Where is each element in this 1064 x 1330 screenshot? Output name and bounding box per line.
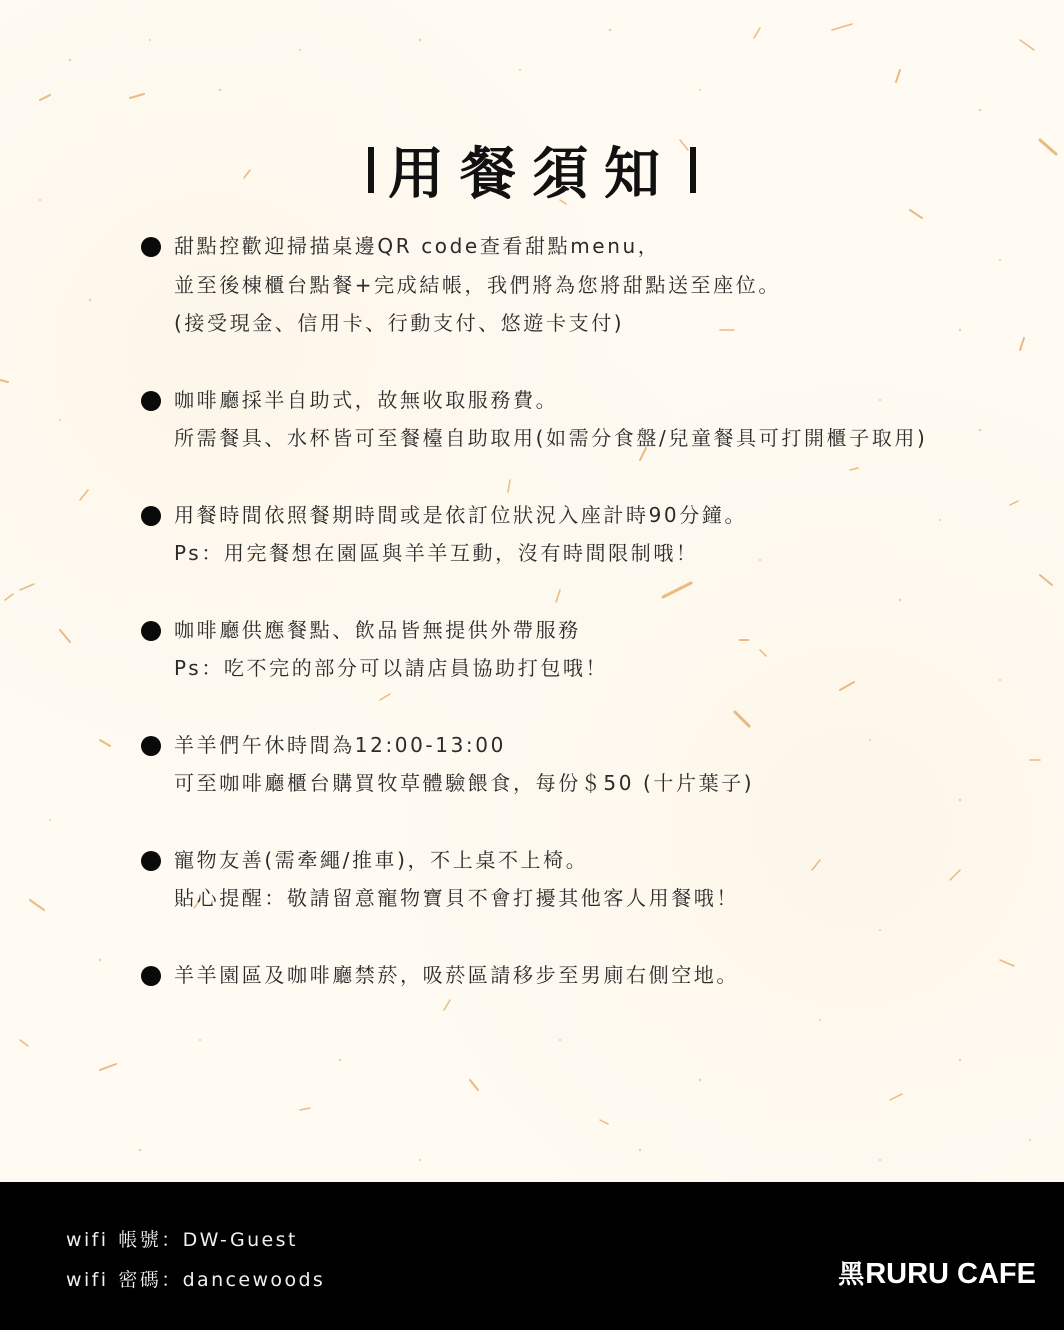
brand-logo-glyph: 黑 (838, 1260, 864, 1290)
bullet-icon (141, 621, 161, 641)
notice-item-pet-friendly: 寵物友善(需牽繩/推車)，不上桌不上椅。 貼心提醒：敬請留意寵物寶貝不會打擾其他… (140, 841, 1040, 918)
brand-name: RURU CAFE (865, 1258, 1036, 1290)
notice-line: 貼心提醒：敬請留意寵物寶貝不會打擾其他客人用餐哦！ (174, 879, 1040, 918)
page-title-text: 用餐須知 (388, 134, 676, 214)
bullet-icon (141, 237, 161, 257)
notice-line: 可至咖啡廳櫃台購買牧草體驗餵食，每份＄50 (十片葉子) (174, 764, 1040, 803)
notice-line: 咖啡廳供應餐點、飲品皆無提供外帶服務 (174, 611, 1040, 650)
wifi-password-label: 密碼： (118, 1269, 182, 1291)
wifi-password-value: dancewoods (183, 1269, 326, 1291)
notice-line: 羊羊們午休時間為12:00-13:00 (174, 726, 1040, 765)
wifi-info: wifi帳號：DW-Guest wifi密碼：dancewoods (66, 1220, 325, 1300)
notice-item-no-smoking: 羊羊園區及咖啡廳禁菸，吸菸區請移步至男廁右側空地。 (140, 956, 1040, 995)
wifi-account-value: DW-Guest (183, 1229, 298, 1251)
page-title: 用餐須知 (0, 130, 1064, 214)
notice-item-self-service: 咖啡廳採半自助式，故無收取服務費。 所需餐具、水杯皆可至餐檯自助取用(如需分食盤… (140, 381, 1040, 458)
bullet-icon (141, 851, 161, 871)
notice-item-sheep-nap-feeding: 羊羊們午休時間為12:00-13:00 可至咖啡廳櫃台購買牧草體驗餵食，每份＄5… (140, 726, 1040, 803)
title-left-bar (368, 147, 374, 193)
notice-line: 所需餐具、水杯皆可至餐檯自助取用(如需分食盤/兒童餐具可打開櫃子取用) (174, 419, 1040, 458)
notice-line: Ps：用完餐想在園區與羊羊互動，沒有時間限制哦！ (174, 534, 1040, 573)
footer-bar: wifi帳號：DW-Guest wifi密碼：dancewoods 黑RURU … (0, 1182, 1064, 1330)
notice-line: 用餐時間依照餐期時間或是依訂位狀況入座計時90分鐘。 (174, 496, 1040, 535)
wifi-account-label: 帳號： (118, 1229, 182, 1251)
wifi-account-row: wifi帳號：DW-Guest (66, 1220, 325, 1260)
notice-line: Ps：吃不完的部分可以請店員協助打包哦！ (174, 649, 1040, 688)
notice-item-dining-time: 用餐時間依照餐期時間或是依訂位狀況入座計時90分鐘。 Ps：用完餐想在園區與羊羊… (140, 496, 1040, 573)
notice-line: 寵物友善(需牽繩/推車)，不上桌不上椅。 (174, 841, 1040, 880)
notice-item-dessert-order: 甜點控歡迎掃描桌邊QR code查看甜點menu， 並至後棟櫃台點餐+完成結帳，… (140, 227, 1040, 343)
notice-line: (接受現金、信用卡、行動支付、悠遊卡支付) (174, 304, 1040, 343)
bullet-icon (141, 506, 161, 526)
wifi-password-prefix: wifi (66, 1269, 108, 1291)
dining-notice-list: 甜點控歡迎掃描桌邊QR code查看甜點menu， 並至後棟櫃台點餐+完成結帳，… (140, 227, 1040, 1032)
notice-line: 並至後棟櫃台點餐+完成結帳，我們將為您將甜點送至座位。 (174, 266, 1040, 305)
bullet-icon (141, 736, 161, 756)
wifi-password-row: wifi密碼：dancewoods (66, 1260, 325, 1300)
wifi-account-prefix: wifi (66, 1229, 108, 1251)
brand-logo: 黑RURU CAFE (838, 1254, 1036, 1291)
bullet-icon (141, 966, 161, 986)
notice-line: 咖啡廳採半自助式，故無收取服務費。 (174, 381, 1040, 420)
notice-line: 甜點控歡迎掃描桌邊QR code查看甜點menu， (174, 227, 1040, 266)
notice-item-no-takeout: 咖啡廳供應餐點、飲品皆無提供外帶服務 Ps：吃不完的部分可以請店員協助打包哦！ (140, 611, 1040, 688)
notice-line: 羊羊園區及咖啡廳禁菸，吸菸區請移步至男廁右側空地。 (174, 956, 1040, 995)
bullet-icon (141, 391, 161, 411)
title-right-bar (690, 147, 696, 193)
